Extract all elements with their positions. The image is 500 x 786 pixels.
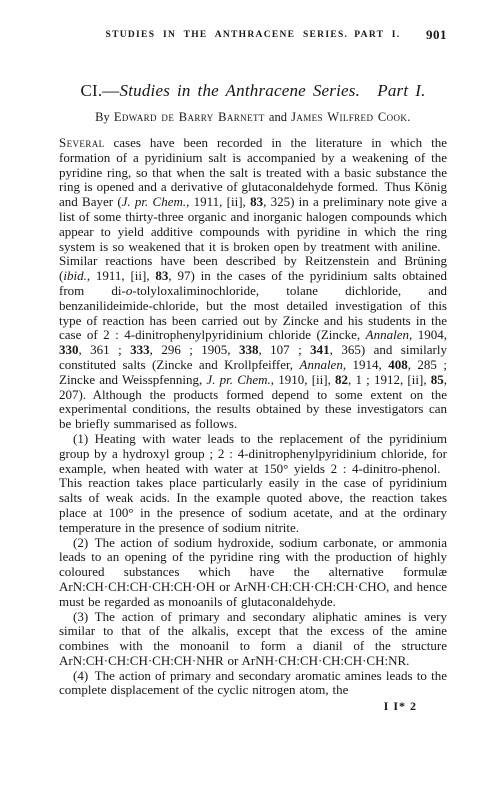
text-run [360,81,377,100]
text-run: 85 [431,372,444,387]
text-run: James Wilfred Cook. [291,110,411,124]
text-run: (3) The action of primary and secondary … [59,609,447,668]
byline: By Edward de Barry Barnett and James Wil… [59,110,447,125]
paragraph: (4) The action of primary and secondary … [59,669,447,699]
text-run: 408 [388,357,408,372]
signature-mark: I I* 2 [59,699,447,714]
text-run: , 296 ; 1905, [150,342,239,357]
page-number: 901 [426,27,447,43]
text-run: (2) The action of sodium hydroxide, sodi… [59,535,447,609]
running-head-title: STUDIES IN THE ANTHRACENE SERIES. PART I… [59,30,447,40]
journal-page: STUDIES IN THE ANTHRACENE SERIES. PART I… [0,0,500,786]
text-run: (1) Heating with water leads to the repl… [59,431,447,535]
text-run: , 1904, [409,327,447,342]
text-run: Studies in the Anthracene Series. [120,81,361,100]
text-run: 83 [155,268,168,283]
text-run: and [265,110,291,124]
text-run: 330 [59,342,79,357]
text-run: 338 [239,342,259,357]
text-run: Edward de Barry Barnett [114,110,265,124]
paragraph: (2) The action of sodium hydroxide, sodi… [59,536,447,610]
paragraph: (3) The action of primary and secondary … [59,610,447,669]
paragraph: (1) Heating with water leads to the repl… [59,432,447,536]
text-run: By [95,110,114,124]
text-run: 333 [130,342,150,357]
text-run: , 1 ; 1912, [ii], [348,372,431,387]
text-run: Annalen [300,357,343,372]
text-run: 83 [250,194,263,209]
article-title: CI.—Studies in the Anthracene Series. Pa… [59,81,447,101]
text-run: , 361 ; [79,342,131,357]
running-head: STUDIES IN THE ANTHRACENE SERIES. PART I… [59,30,447,44]
text-run: J. pr. Chem. [122,194,186,209]
text-run: Part I. [377,81,425,100]
text-run: CI.— [80,81,119,100]
text-run: 341 [310,342,330,357]
text-run: ibid. [63,268,86,283]
text-run: , 1911, [ii], [87,268,156,283]
text-run: , 1910, [ii], [271,372,335,387]
text-run: J. pr. Chem. [206,372,270,387]
text-run: 82 [335,372,348,387]
text-run: , 107 ; [258,342,310,357]
paragraph: Several cases have been recorded in the … [59,136,447,432]
text-run: Annalen [366,327,409,342]
text-run: , 1911, [ii], [186,194,250,209]
text-run: , 1914, [343,357,388,372]
article-body: Several cases have been recorded in the … [59,136,447,698]
text-run: (4) The action of primary and secondary … [59,668,447,698]
text-run: Several [59,135,105,150]
